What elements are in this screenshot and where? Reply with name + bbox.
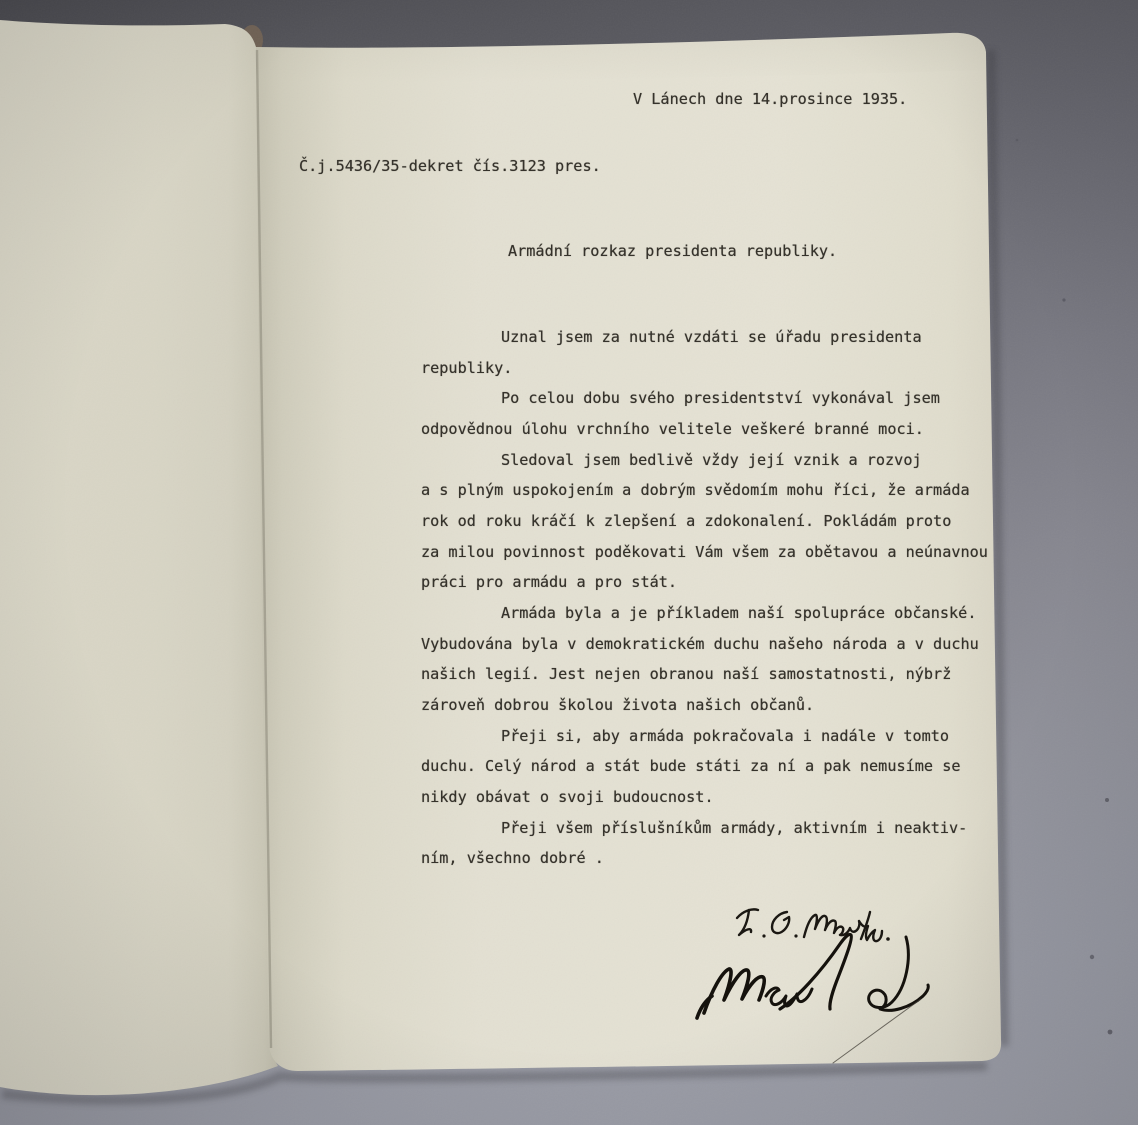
photo-scene: V Lánech dne 14.prosince 1935. Č.j.5436/… [0, 0, 1138, 1125]
signatures [0, 0, 1138, 1125]
masaryk-signature [737, 909, 890, 941]
machnik-signature [697, 934, 928, 1063]
